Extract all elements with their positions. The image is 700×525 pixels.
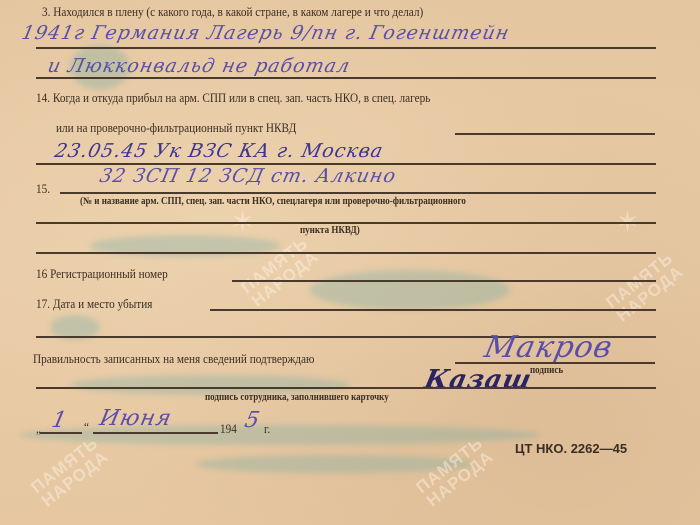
date-day-line[interactable] — [40, 432, 82, 434]
item15-caption-line2: пункта НКВД) — [300, 225, 360, 236]
date-close-quote: “ — [84, 420, 89, 435]
date-month-line[interactable] — [93, 432, 218, 434]
officer-signature: Казаш — [422, 365, 535, 395]
item17-label: 17. Дата и место убытия — [36, 297, 152, 312]
form-code: ЦТ НКО. 2262—45 — [515, 441, 627, 456]
item17-field-line[interactable] — [210, 309, 656, 311]
item14-label-line1: 14. Когда и откуда прибыл на арм. СПП ил… — [36, 91, 430, 106]
item16-label: 16 Регистрационный номер — [36, 267, 168, 282]
date-year-prefix: 194 — [220, 422, 237, 437]
item14-rule-1 — [455, 133, 655, 135]
item15-rule-2 — [36, 222, 656, 224]
item15-rule-3 — [36, 252, 656, 254]
item15-value: 32 ЗСП 12 ЗСД ст. Алкино — [98, 165, 399, 187]
item15-rule-1 — [60, 192, 656, 194]
confirmation-signature: Макров — [481, 330, 616, 365]
item14-label-line2: или на проверочно-фильтрационный пункт Н… — [56, 121, 296, 136]
stamp-stain — [310, 270, 510, 310]
date-month: Июня — [97, 406, 174, 431]
date-open-quote: „ — [36, 422, 41, 437]
item15-number: 15. — [36, 182, 50, 197]
item13-value-line1: 1941г Германия Лагерь 9/пн г. Гогенштейн — [20, 22, 512, 44]
officer-signature-caption: подпись сотрудника, заполнившего карточк… — [205, 392, 389, 403]
confirmation-label: Правильность записанных на меня сведений… — [33, 352, 314, 367]
confirmation-signature-caption: подпись — [530, 365, 563, 376]
item13-rule-1 — [36, 47, 656, 49]
item15-caption-line1: (№ и название арм. СПП, спец. зап. части… — [80, 196, 466, 207]
item13-label: 3. Находился в плену (с какого года, в к… — [42, 5, 423, 20]
confirmation-signature-line[interactable] — [455, 362, 655, 364]
date-suffix: г. — [264, 422, 270, 437]
item16-field-line[interactable] — [232, 280, 656, 282]
item14-value: 23.05.45 Ук ВЗС КА г. Москва — [53, 140, 386, 162]
item13-rule-2 — [36, 77, 656, 79]
officer-signature-line[interactable] — [36, 387, 656, 389]
item13-value-line2: и Люкконвальд не работал — [46, 55, 353, 77]
